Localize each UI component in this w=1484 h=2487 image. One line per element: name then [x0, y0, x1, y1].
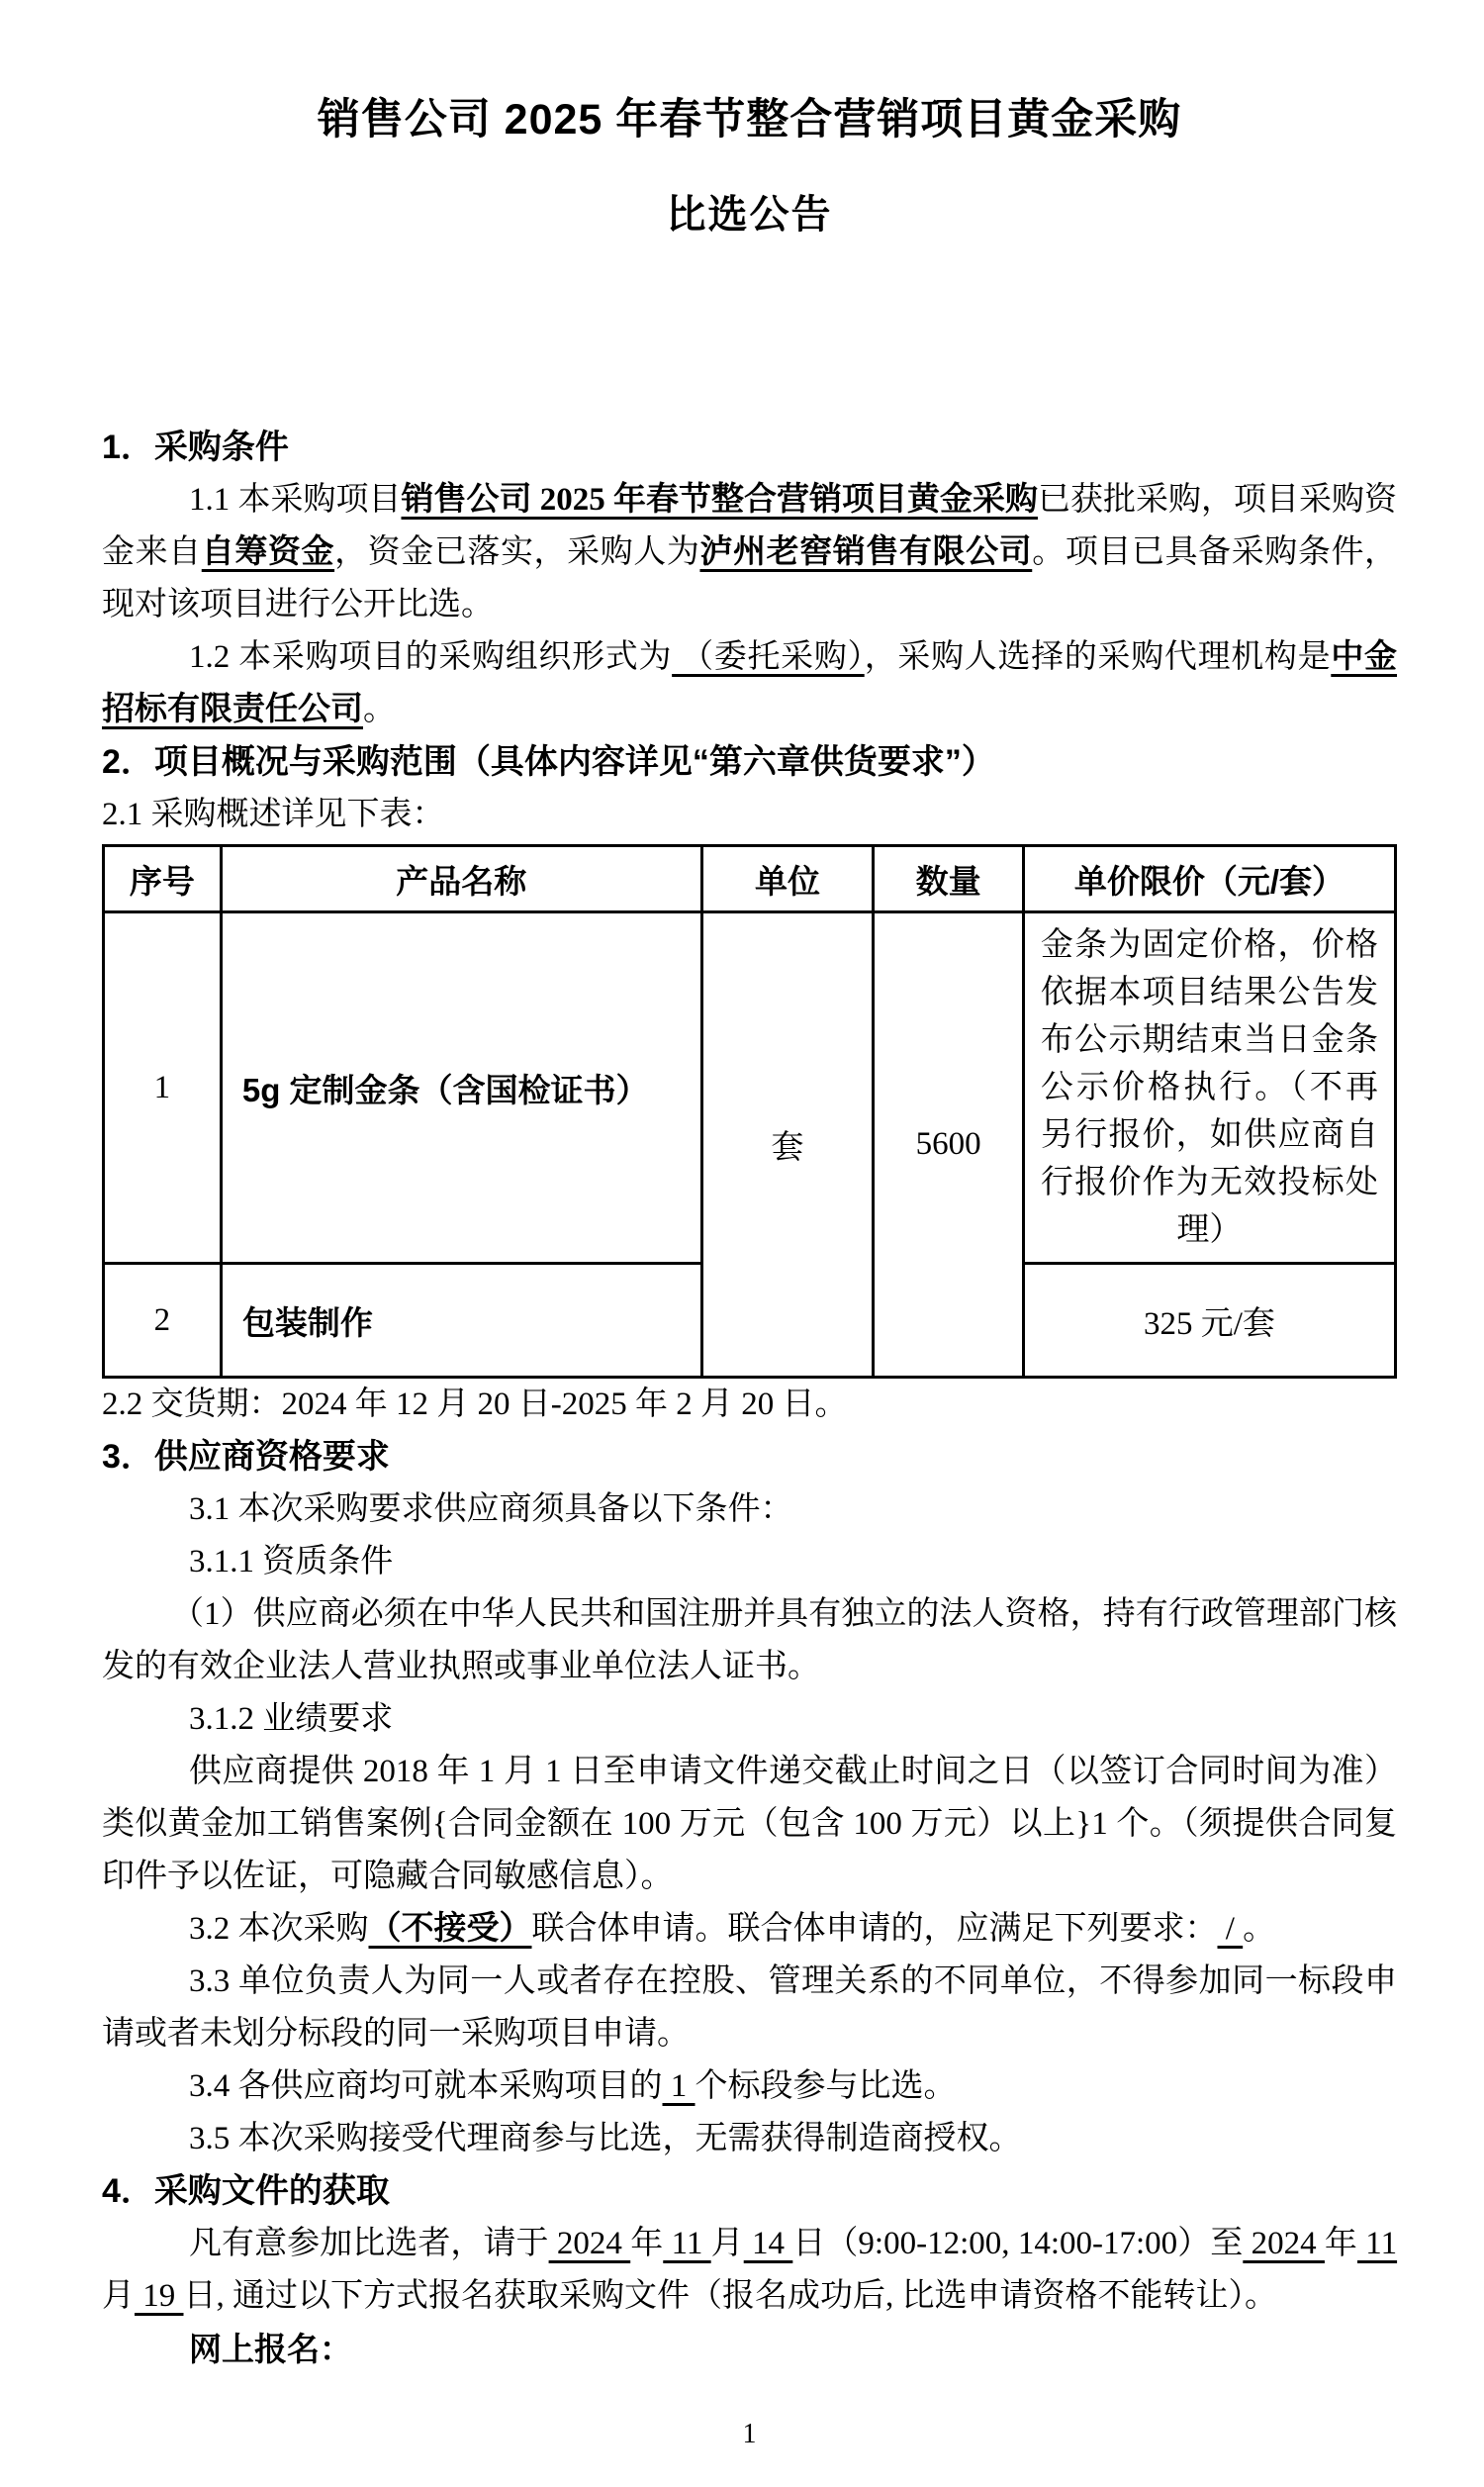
cell-price-limit-1: 金条为固定价格，价格依据本项目结果公告发布公示期结束当日金条公示价格执行。（不再… — [1023, 912, 1395, 1264]
text-run: 3.4 各供应商均可就本采购项目的 — [189, 2068, 663, 2104]
document-subtitle: 比选公告 — [102, 192, 1397, 238]
procurement-table: 序号 产品名称 单位 数量 单价限价（元/套） 1 5g 定制金条（含国检证书）… — [102, 844, 1397, 1379]
text-run: 1 — [663, 2068, 696, 2104]
cell-quantity: 5600 — [874, 912, 1023, 1378]
cell-serial-2: 2 — [104, 1264, 222, 1378]
cell-unit: 套 — [701, 912, 874, 1378]
table-row: 1 5g 定制金条（含国检证书） 套 5600 金条为固定价格，价格依据本项目结… — [104, 912, 1396, 1264]
text-run: 11 — [1357, 2226, 1397, 2261]
text-run: 泸州老窖销售有限公司 — [699, 534, 1032, 570]
text-run: 日, 通过以下方式报名获取采购文件（报名成功后, 比选申请资格不能转让）。 — [184, 2278, 1278, 2314]
text-run: / — [1218, 1911, 1244, 1947]
col-header-serial: 序号 — [104, 846, 222, 912]
text-run: 个标段参与比选。 — [696, 2068, 957, 2104]
para-3-4: 3.4 各供应商均可就本采购项目的 1 个标段参与比选。 — [102, 2060, 1397, 2113]
para-3-3: 3.3 单位负责人为同一人或者存在控股、管理关系的不同单位，不得参加同一标段申请… — [102, 1956, 1397, 2060]
cell-product-name-2: 包装制作 — [221, 1264, 701, 1378]
text-run: 11 — [663, 2226, 710, 2261]
heading-project-overview: 2．项目概况与采购范围（具体内容详见“第六章供货要求”） — [102, 736, 1397, 789]
text-run: 自筹资金 — [202, 534, 334, 570]
text-run: ，资金已落实，采购人为 — [334, 534, 699, 570]
document-page: 销售公司 2025 年春节整合营销项目黄金采购 比选公告 1．采购条件 1.1 … — [0, 0, 1484, 2487]
text-run: 。 — [363, 692, 396, 727]
para-online-registration: 网上报名： — [102, 2323, 1397, 2375]
para-4-intro: 凡有意参加比选者，请于 2024 年 11 月 14 日（9:00-12:00,… — [102, 2218, 1397, 2323]
para-3-2: 3.2 本次采购（不接受）联合体申请。联合体申请的，应满足下列要求： / 。 — [102, 1903, 1397, 1956]
col-header-product-name: 产品名称 — [221, 846, 701, 912]
cell-price-limit-2: 325 元/套 — [1023, 1264, 1395, 1378]
table-header-row: 序号 产品名称 单位 数量 单价限价（元/套） — [104, 846, 1396, 912]
text-run: 月 — [102, 2278, 135, 2314]
text-run: 年 — [1325, 2226, 1357, 2261]
col-header-unit: 单位 — [701, 846, 874, 912]
para-3-1-2: 3.1.2 业绩要求 — [102, 1693, 1397, 1746]
col-header-price-limit: 单价限价（元/套） — [1023, 846, 1395, 912]
page-number: 1 — [102, 2419, 1397, 2450]
text-run: 19 — [135, 2278, 184, 2314]
para-2-1: 2.1 采购概述详见下表： — [102, 789, 1397, 841]
para-3-1-1-item1: （1）供应商必须在中华人民共和国注册并具有独立的法人资格，持有行政管理部门核发的… — [102, 1588, 1397, 1693]
para-3-1: 3.1 本次采购要求供应商须具备以下条件： — [102, 1483, 1397, 1536]
para-3-5: 3.5 本次采购接受代理商参与比选，无需获得制造商授权。 — [102, 2113, 1397, 2165]
heading-supplier-qualifications: 3．供应商资格要求 — [102, 1431, 1397, 1483]
para-1-1: 1.1 本采购项目销售公司 2025 年春节整合营销项目黄金采购已获批采购，项目… — [102, 474, 1397, 631]
text-run: 月 — [711, 2226, 744, 2261]
cell-serial-1: 1 — [104, 912, 222, 1264]
para-3-1-1: 3.1.1 资质条件 — [102, 1536, 1397, 1588]
text-run: 1.1 本采购项目 — [189, 482, 402, 518]
text-run: ，采购人选择的采购代理机构是 — [865, 639, 1332, 675]
text-run: 2024 — [549, 2226, 631, 2261]
text-run: （委托采购） — [672, 639, 865, 675]
text-run: 2024 — [1243, 2226, 1325, 2261]
text-run: 日（9:00-12:00, 14:00-17:00）至 — [792, 2226, 1243, 2261]
text-run: 年 — [630, 2226, 663, 2261]
para-2-2: 2.2 交货期：2024 年 12 月 20 日-2025 年 2 月 20 日… — [102, 1379, 1397, 1431]
para-3-1-2-body: 供应商提供 2018 年 1 月 1 日至申请文件递交截止时间之日（以签订合同时… — [102, 1746, 1397, 1903]
text-run: （不接受） — [369, 1911, 532, 1947]
cell-product-name-1: 5g 定制金条（含国检证书） — [221, 912, 701, 1264]
text-run: 。 — [1243, 1911, 1275, 1947]
document-title: 销售公司 2025 年春节整合营销项目黄金采购 — [102, 95, 1397, 144]
text-run: 3.2 本次采购 — [189, 1911, 369, 1947]
heading-procurement-conditions: 1．采购条件 — [102, 422, 1397, 474]
para-1-2: 1.2 本采购项目的采购组织形式为 （委托采购），采购人选择的采购代理机构是中金… — [102, 631, 1397, 736]
col-header-quantity: 数量 — [874, 846, 1023, 912]
heading-document-acquisition: 4．采购文件的获取 — [102, 2165, 1397, 2218]
text-run: 联合体申请。联合体申请的，应满足下列要求： — [532, 1911, 1218, 1947]
text-run: 凡有意参加比选者，请于 — [189, 2226, 549, 2261]
text-run: 销售公司 2025 年春节整合营销项目黄金采购 — [402, 482, 1039, 518]
text-run: 14 — [744, 2226, 793, 2261]
text-run: 1.2 本采购项目的采购组织形式为 — [189, 639, 672, 675]
